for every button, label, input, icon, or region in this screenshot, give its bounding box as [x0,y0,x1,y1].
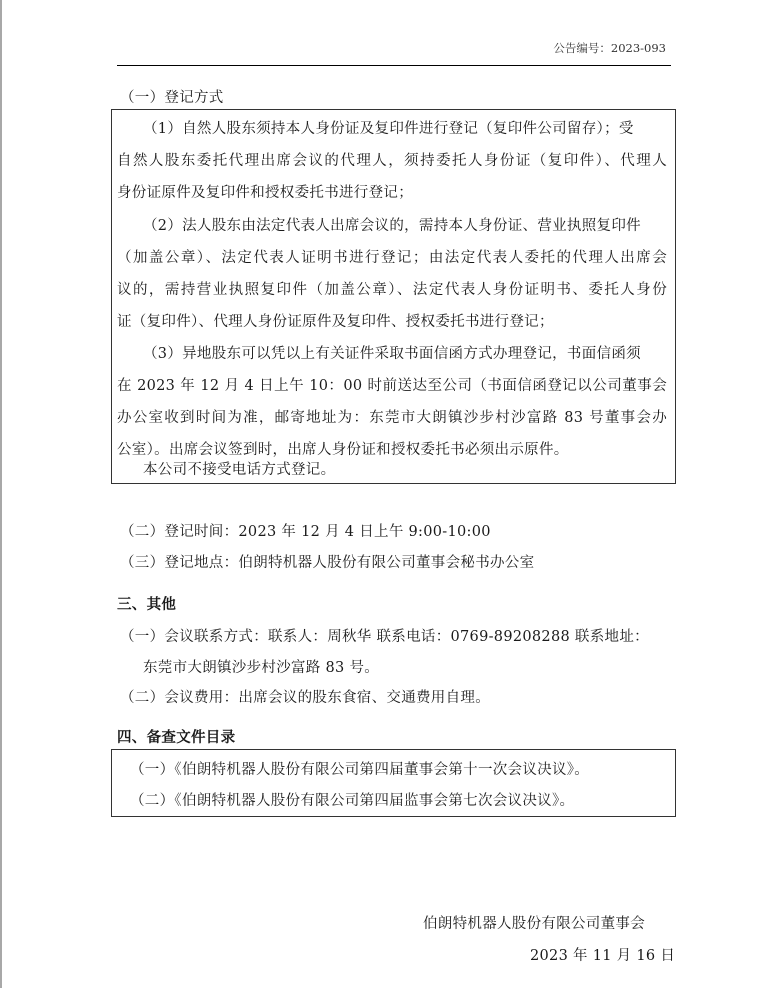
method-para-3-line-4: 公室）。出席会议签到时，出席人身份证和授权委托书必须出示原件。 [117,438,569,459]
contact-info-line-1: （一）会议联系方式：联系人：周秋华 联系电话：0769-89208288 联系地… [120,625,649,646]
header-rule [117,65,671,66]
registration-method-heading: （一）登记方式 [120,86,224,107]
method-para-3-line-2: 在 2023 年 12 月 4 日上午 10：00 时前送达至公司（书面信函登记… [117,374,667,395]
document-item: （二）《伯朗特机器人股份有限公司第四届监事会第七次会议决议》。 [130,789,574,810]
meeting-expenses: （二）会议费用：出席会议的股东食宿、交通费用自理。 [120,686,490,707]
document-item: （一）《伯朗特机器人股份有限公司第四届董事会第十一次会议决议》。 [130,758,589,779]
method-para-3-line-1: （3）异地股东可以凭以上有关证件采取书面信函方式办理登记，书面信函须 [143,342,641,363]
signature-date: 2023 年 11 月 16 日 [530,944,675,965]
registration-time: （二）登记时间：2023 年 12 月 4 日上午 9:00-10:00 [120,520,491,541]
method-no-phone-registration: 本公司不接受电话方式登记。 [143,458,335,479]
page-left-edge [0,0,2,988]
method-para-2-line-3: 议的，需持营业执照复印件（加盖公章）、法定代表人身份证明书、委托人身份 [117,278,667,299]
method-para-2-line-1: （2）法人股东由法定代表人出席会议的，需持本人身份证、营业执照复印件 [143,214,641,235]
registration-place: （三）登记地点：伯朗特机器人股份有限公司董事会秘书办公室 [120,551,534,572]
section-other-heading: 三、其他 [117,593,176,614]
method-para-1-line-3: 身份证原件及复印件和授权委托书进行登记； [117,181,413,202]
method-para-1-line-2: 自然人股东委托代理出席会议的代理人，须持委托人身份证（复印件）、代理人 [117,149,667,170]
method-para-2-line-4: 证（复印件）、代理人身份证原件及复印件、授权委托书进行登记； [117,310,554,331]
method-para-2-line-2: （加盖公章）、法定代表人证明书进行登记；由法定代表人委托的代理人出席会 [117,246,667,267]
announcement-number: 公告编号：2023-093 [553,40,666,56]
signature-company: 伯朗特机器人股份有限公司董事会 [423,912,645,933]
method-para-3-line-3: 办公室收到时间为准，邮寄地址为：东莞市大朗镇沙步村沙富路 83 号董事会办 [117,406,667,427]
contact-info-line-2: 东莞市大朗镇沙步村沙富路 83 号。 [143,656,379,677]
method-para-1-line-1: （1）自然人股东须持本人身份证及复印件进行登记（复印件公司留存）；受 [143,117,634,138]
section-documents-heading: 四、备查文件目录 [117,726,235,747]
